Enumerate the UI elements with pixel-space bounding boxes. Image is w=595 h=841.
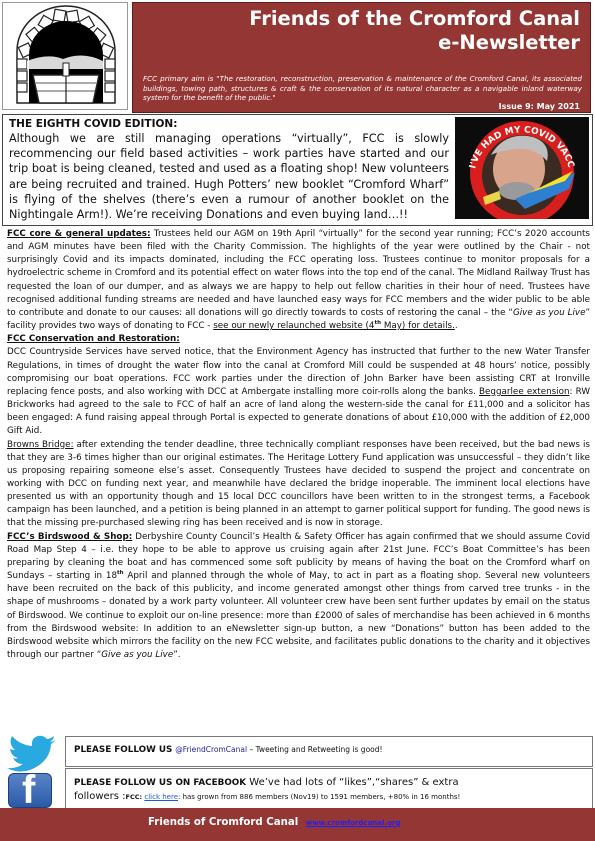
facebook-follow-text: We’ve had lots of “likes”,“shares” & ext… (246, 777, 458, 788)
canal-logo-icon (2, 2, 128, 110)
conservation-heading: FCC Conservation and Restoration: (7, 334, 180, 344)
core-updates-heading: FCC core & general updates: (7, 229, 151, 239)
twitter-handle-link[interactable]: @FriendCromCanal (175, 745, 247, 754)
title-line-2: e-Newsletter (249, 31, 580, 55)
primary-aim-text: FCC primary aim is "The restoration, rec… (143, 74, 582, 103)
facebook-follow-label: PLEASE FOLLOW US ON FACEBOOK (74, 778, 246, 788)
give-as-you-live-text: Give as you Live (513, 308, 586, 318)
fcc-label: FCC: (126, 793, 145, 801)
issue-label: Issue 9: May 2021 (499, 102, 580, 111)
website-link[interactable]: see our newly relaunched website (4th Ma… (213, 321, 455, 331)
core-text-3: . (455, 321, 458, 331)
footer-bar: Friends of Cromford Canal www.cromfordca… (0, 808, 595, 841)
followers-label: followers : (74, 791, 126, 802)
footer-org-name: Friends of Cromford Canal (148, 817, 298, 828)
birdswood-heading: FCC’s Birdswood & Shop: (7, 532, 132, 542)
conservation-heading-line: FCC Conservation and Restoration: (7, 333, 590, 346)
covid-edition-box: THE EIGHTH COVID EDITION: Although we ar… (2, 114, 593, 226)
twitter-bird-icon[interactable] (6, 734, 58, 772)
title-line-1: Friends of the Cromford Canal (249, 7, 580, 31)
newsletter-title: Friends of the Cromford Canal e-Newslett… (249, 7, 580, 55)
twitter-follow-box: PLEASE FOLLOW US @FriendCromCanal – Twee… (65, 736, 593, 767)
birdswood-text-3: ”. (173, 650, 180, 660)
facebook-stats-line: followers :FCC: click here: has grown fr… (74, 791, 460, 802)
give-as-you-live-text: Give as you Live (101, 650, 173, 660)
core-updates-paragraph: FCC core & general updates: Trustees hel… (7, 228, 590, 333)
covid-heading: THE EIGHTH COVID EDITION: (9, 118, 177, 130)
twitter-follow-text: – Tweeting and Retweeting is good! (247, 745, 382, 754)
browns-bridge-paragraph: Browns Bridge: after extending the tende… (7, 439, 590, 531)
facebook-follow-box: PLEASE FOLLOW US ON FACEBOOK We’ve had l… (65, 768, 593, 808)
facebook-growth-text: : has grown from 886 members (Nov19) to … (178, 793, 460, 801)
social-section: f PLEASE FOLLOW US @FriendCromCanal – Tw… (0, 733, 595, 808)
browns-bridge-text: after extending the tender deadline, thr… (7, 440, 590, 529)
twitter-follow-label: PLEASE FOLLOW US (74, 745, 172, 755)
covid-vaccine-photo: I'VE HAD MY COVID VACCINE (455, 117, 589, 219)
birdswood-paragraph: FCC’s Birdswood & Shop: Derbyshire Count… (7, 531, 590, 663)
facebook-icon[interactable]: f (8, 773, 52, 808)
beggarlee-label: Beggarlee extension (479, 387, 569, 397)
covid-body: Although we are still managing operation… (9, 131, 449, 222)
newsletter-header: Friends of the Cromford Canal e-Newslett… (0, 0, 595, 112)
facebook-click-here-link[interactable]: click here (144, 793, 178, 801)
birdswood-text-2: April and planned through the whole of M… (7, 571, 590, 660)
conservation-paragraph: DCC Countryside Services have served not… (7, 346, 590, 438)
footer-website-link[interactable]: www.cromfordcanal.org (306, 819, 401, 827)
article-body: FCC core & general updates: Trustees hel… (7, 228, 590, 662)
title-banner: Friends of the Cromford Canal e-Newslett… (132, 2, 591, 113)
browns-bridge-label: Browns Bridge: (7, 440, 74, 450)
core-text: Trustees held our AGM on 19th April “vir… (7, 229, 590, 318)
